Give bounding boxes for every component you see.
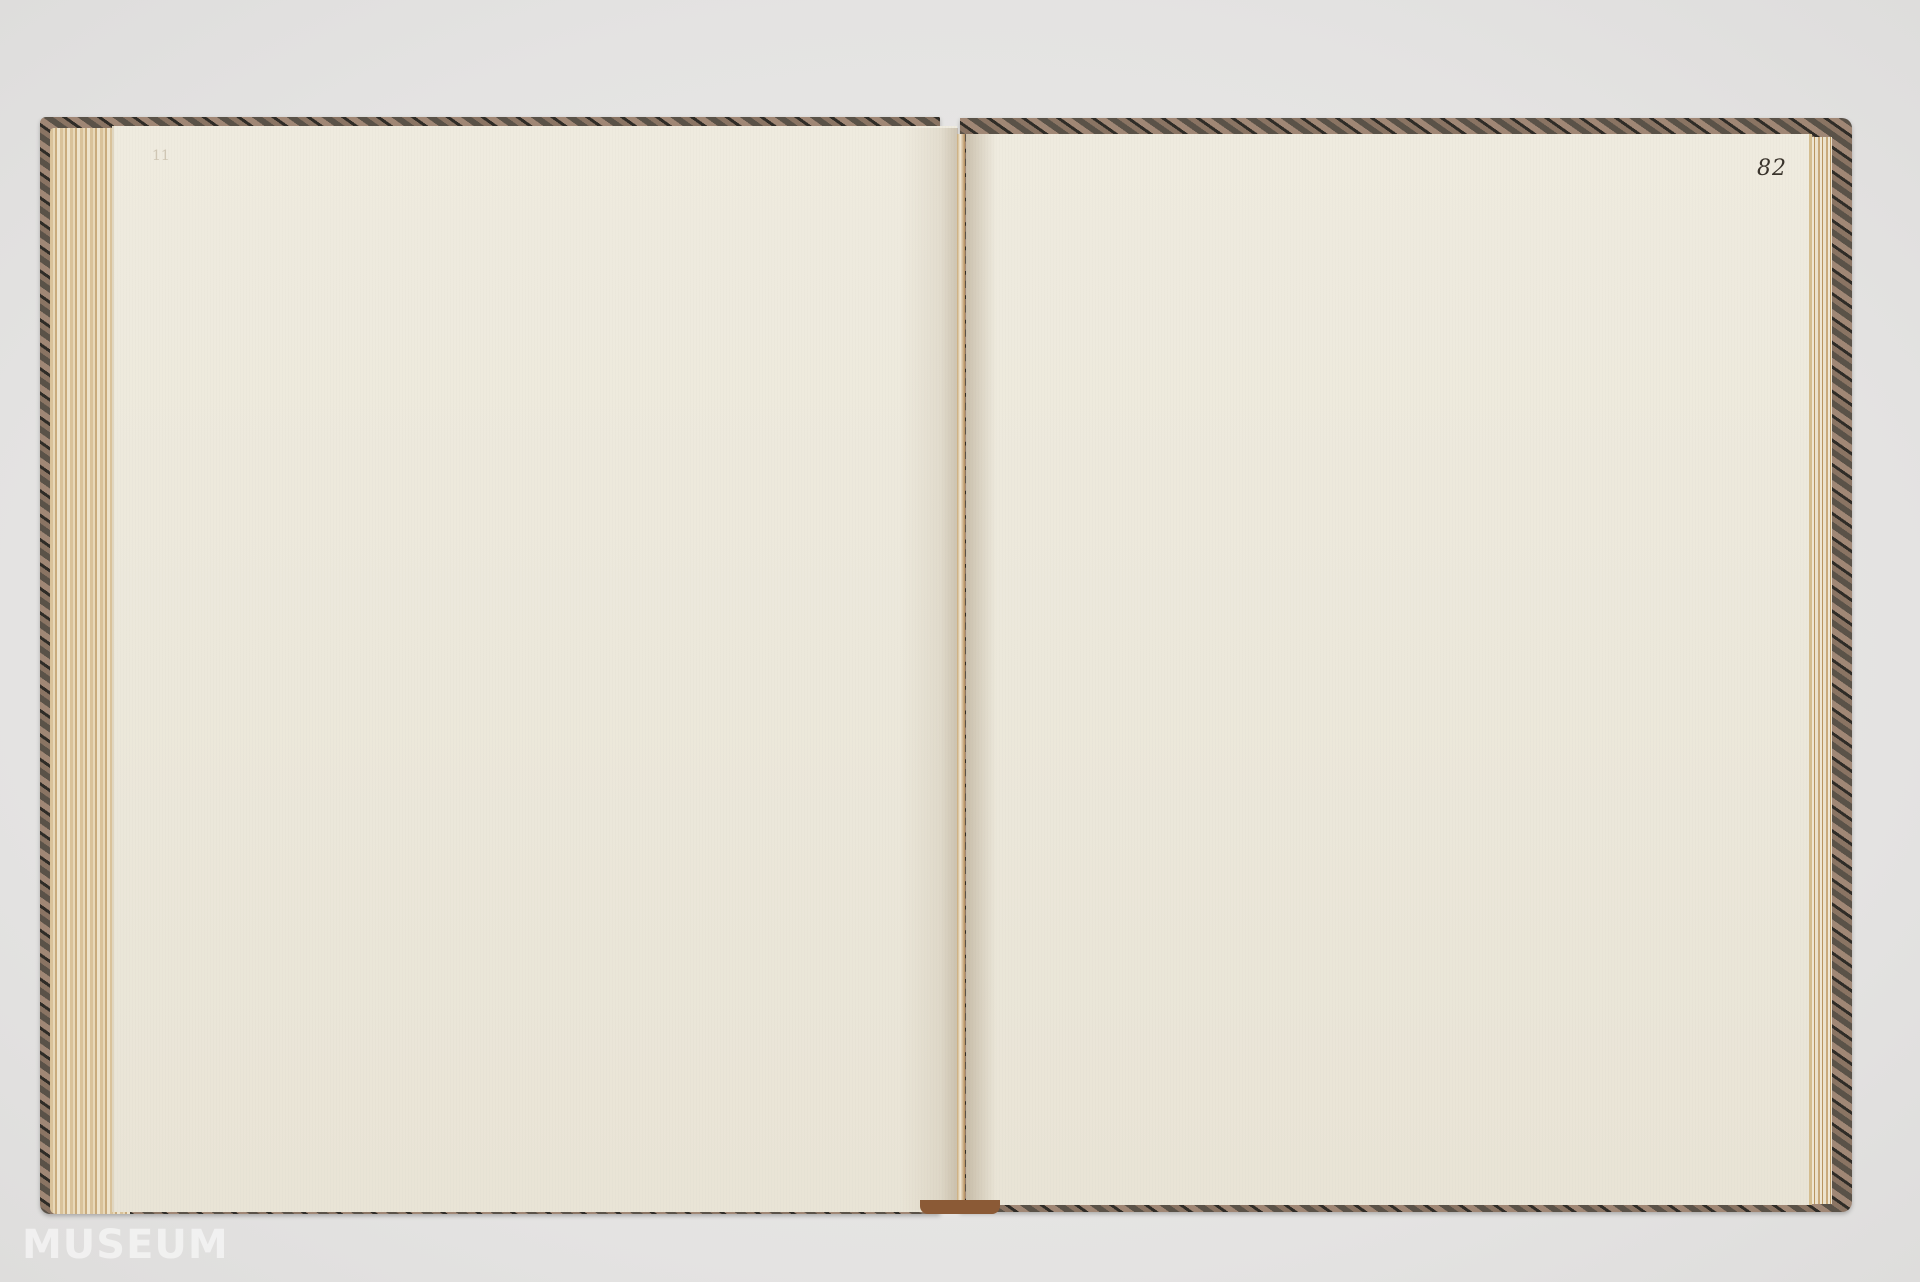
right-page <box>966 134 1812 1205</box>
left-page <box>112 126 957 1212</box>
museum-watermark: MUSEUM <box>22 1222 229 1268</box>
spine-leather <box>920 1200 1000 1214</box>
binding-thread <box>957 134 965 1210</box>
left-gutter-shadow <box>900 128 958 1210</box>
right-gutter-shadow <box>966 134 996 1204</box>
pencil-mark: 11 <box>152 148 170 164</box>
page-number: 82 <box>1757 156 1787 181</box>
open-book: 11 82 <box>0 0 1920 1282</box>
